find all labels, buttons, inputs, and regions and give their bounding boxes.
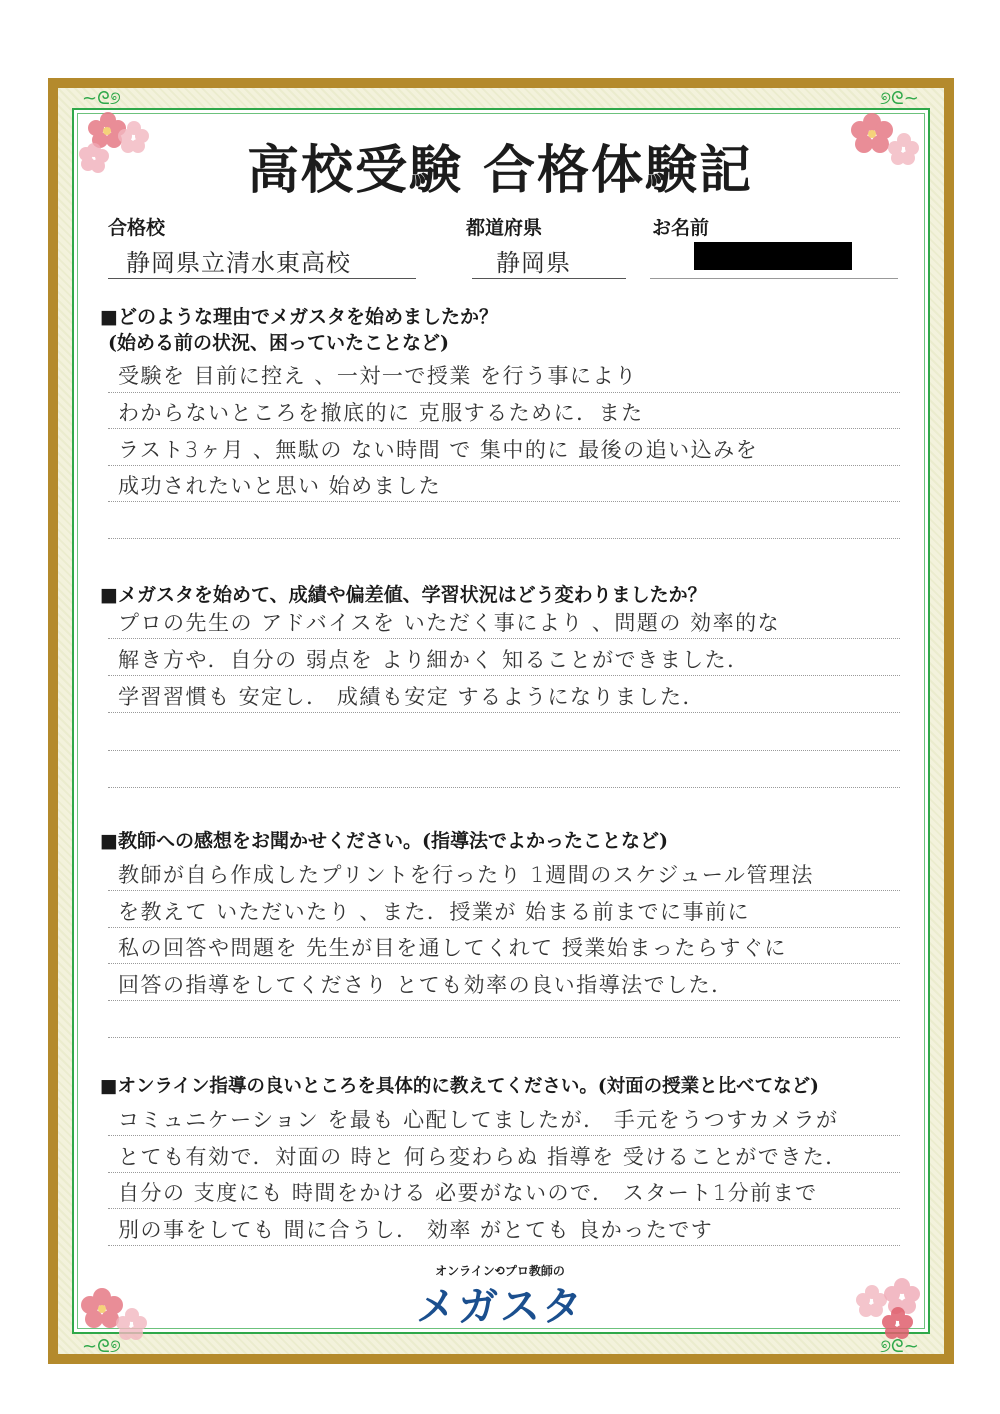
question-2: ■メガスタを始めて、成績や偏差値、学習状況はどう変わりましたか？ xyxy=(100,580,707,607)
answer-4-line-1: コミュニケーション を最も 心配してましたが． 手元をうつすカメラが xyxy=(118,1104,839,1134)
name-label: お名前 xyxy=(652,213,709,240)
dotted-line xyxy=(108,501,900,502)
answer-3-line-4: 回答の指導をしてくださり とても効率の良い指導法でした． xyxy=(118,969,734,999)
name-underline xyxy=(650,278,898,279)
dotted-line xyxy=(108,538,900,539)
question-1: ■どのような理由でメガスタを始めましたか？ xyxy=(100,302,498,329)
answer-1-line-1: 受験を 目前に控え 、一対一で授業 を行う事により xyxy=(118,360,638,390)
prefecture-value: 静岡県 xyxy=(496,243,571,278)
dotted-line xyxy=(108,675,900,676)
dotted-line xyxy=(108,428,900,429)
answer-4-line-4: 別の事をしても 間に合うし． 効率 がとても 良かったです xyxy=(118,1214,713,1244)
answer-3-line-1: 教師が自ら作成したプリントを行ったり 1週間のスケジュール管理法 xyxy=(118,859,814,889)
answer-1-line-4: 成功されたいと思い 始めました xyxy=(118,470,441,500)
answer-1-line-3: ラスト3ヶ月 、無駄の ない時間 で 集中的に 最後の追い込みを xyxy=(118,434,758,464)
question-1-sub: (始める前の状況、困っていたことなど) xyxy=(108,328,449,355)
answer-2-line-1: プロの先生の アドバイスを いただく事により 、問題の 効率的な xyxy=(118,607,780,637)
prefecture-underline xyxy=(472,278,626,279)
dotted-line xyxy=(108,927,900,928)
question-3: ■教師への感想をお聞かせください。(指導法でよかったことなど) xyxy=(100,826,668,853)
dotted-line xyxy=(108,750,900,751)
school-underline xyxy=(108,278,416,279)
swirl-ornament-icon: ୭ᘓ~ xyxy=(880,90,919,108)
dotted-line xyxy=(108,392,900,393)
dotted-line xyxy=(108,963,900,964)
dotted-line xyxy=(108,638,900,639)
school-label: 合格校 xyxy=(108,213,165,240)
school-value: 静岡県立清水東高校 xyxy=(126,243,351,278)
dotted-line xyxy=(108,465,900,466)
page-title: 高校受験 合格体験記 xyxy=(0,128,1000,203)
name-redaction-box xyxy=(694,242,852,270)
dotted-line xyxy=(108,890,900,891)
dotted-line xyxy=(108,1000,900,1001)
dotted-line xyxy=(108,1208,900,1209)
prefecture-label: 都道府県 xyxy=(466,213,542,240)
answer-4-line-2: とても有効で．対面の 時と 何ら変わらぬ 指導を 受けることができた． xyxy=(118,1141,848,1171)
answer-3-line-3: 私の回答や問題を 先生が目を通してくれて 授業始まったらすぐに xyxy=(118,932,787,962)
dotted-line xyxy=(108,712,900,713)
dotted-line xyxy=(108,1172,900,1173)
dotted-line xyxy=(108,1037,900,1038)
answer-1-line-2: わからないところを撤底的に 克服するために．また xyxy=(118,397,644,427)
dotted-line xyxy=(108,787,900,788)
answer-4-line-3: 自分の 支度にも 時間をかける 必要がないので． スタート1分前まで xyxy=(118,1177,818,1207)
megasta-logo: メガスタ xyxy=(0,1275,1000,1332)
dotted-line xyxy=(108,1135,900,1136)
dotted-line xyxy=(108,1245,900,1246)
question-4: ■オンライン指導の良いところを具体的に教えてください。(対面の授業と比べてなど) xyxy=(100,1072,819,1098)
answer-2-line-2: 解き方や．自分の 弱点を より細かく 知ることができました． xyxy=(118,644,750,674)
answer-2-line-3: 学習習慣も 安定し． 成績も安定 するようになりました． xyxy=(118,681,705,711)
answer-3-line-2: を教えて いただいたり 、また．授業が 始まる前までに事前に xyxy=(118,896,750,926)
